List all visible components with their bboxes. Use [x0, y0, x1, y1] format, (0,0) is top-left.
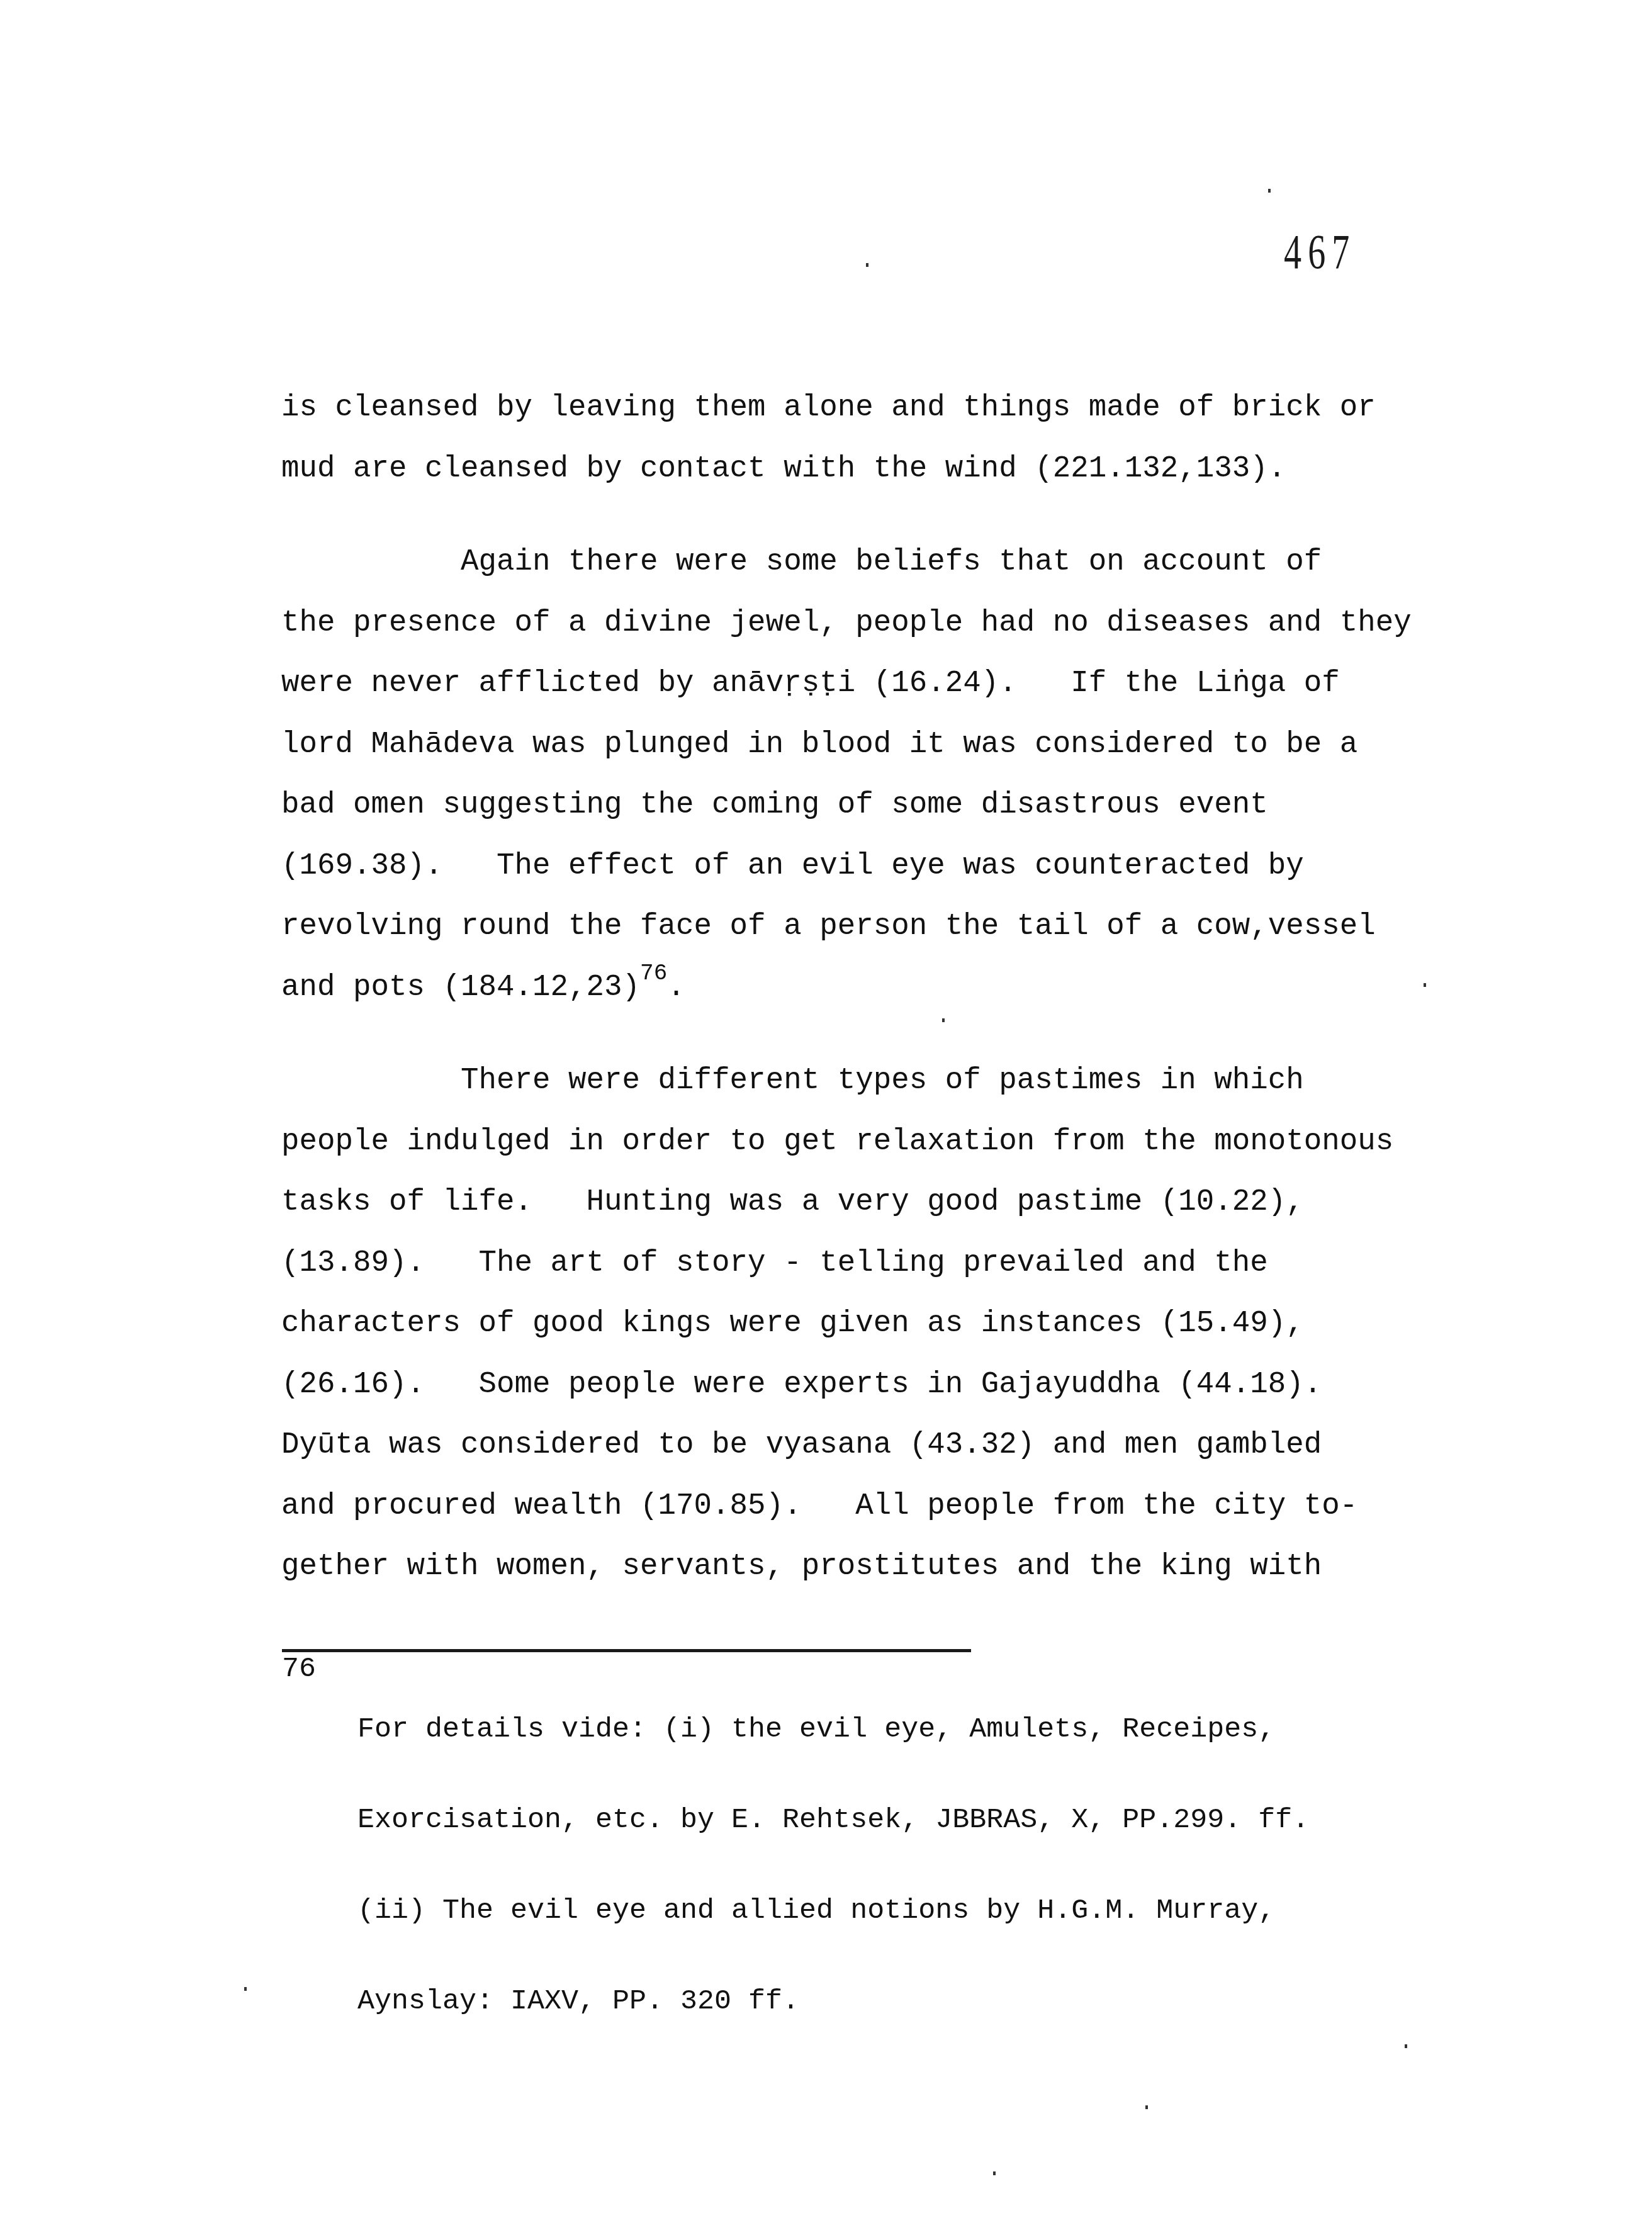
scan-speck — [993, 2171, 996, 2175]
text-line: the presence of a divine jewel, people h… — [281, 593, 1477, 654]
text-line: mud are cleansed by contact with the win… — [281, 439, 1477, 500]
scan-speck — [244, 1987, 247, 1991]
paragraph: There were different types of pastimes i… — [281, 1050, 1477, 1597]
paragraph: Again there were some beliefs that on ac… — [281, 532, 1477, 1018]
text-line: Again there were some beliefs that on ac… — [281, 532, 1477, 593]
text-line: There were different types of pastimes i… — [281, 1050, 1477, 1112]
paragraph: is cleansed by leaving them alone and th… — [281, 378, 1477, 499]
scan-speck — [1405, 2044, 1407, 2048]
text-line: is cleansed by leaving them alone and th… — [281, 378, 1477, 439]
footnote-line: (ii) The evil eye and allied notions by … — [357, 1896, 1309, 1926]
text-line: revolving round the face of a person the… — [281, 896, 1477, 957]
text-line: lord Mahādeva was plunged in blood it wa… — [281, 714, 1477, 775]
text-line: Dyūta was considered to be vyasana (43.3… — [281, 1415, 1477, 1476]
page-number: 467 — [1284, 223, 1356, 280]
footnote-item: 76 For details vide: (i) the evil eye, A… — [282, 1654, 1309, 2077]
text-line: were never afflicted by anāvṛṣṭi (16.24)… — [281, 653, 1477, 714]
scan-speck — [942, 1018, 945, 1022]
footnote-divider — [282, 1649, 971, 1652]
body-text: is cleansed by leaving them alone and th… — [281, 378, 1477, 1597]
text-line: gether with women, servants, prostitutes… — [281, 1536, 1477, 1597]
text-line: (169.38). The effect of an evil eye was … — [281, 836, 1477, 897]
text-line: (26.16). Some people were experts in Gaj… — [281, 1354, 1477, 1416]
footnote: 76 For details vide: (i) the evil eye, A… — [282, 1654, 1309, 2077]
footnote-reference[interactable]: 76 — [640, 960, 667, 986]
text-line: and procured wealth (170.85). All people… — [281, 1476, 1477, 1537]
scan-speck — [1268, 189, 1271, 193]
footnote-text: For details vide: (i) the evil eye, Amul… — [357, 1654, 1309, 2077]
text-span: and pots (184.12,23) — [281, 971, 640, 1005]
scan-speck — [866, 263, 868, 267]
text-line: characters of good kings were given as i… — [281, 1293, 1477, 1354]
footnote-line: For details vide: (i) the evil eye, Amul… — [357, 1715, 1309, 1745]
scan-speck — [1145, 2105, 1148, 2109]
footnote-number: 76 — [282, 1654, 357, 2077]
footnote-line: Aynslay: IAXV, PP. 320 ff. — [357, 1986, 1309, 2017]
text-line: bad omen suggesting the coming of some d… — [281, 775, 1477, 836]
footnote-line: Exorcisation, etc. by E. Rehtsek, JBBRAS… — [357, 1805, 1309, 1835]
text-line: tasks of life. Hunting was a very good p… — [281, 1172, 1477, 1233]
text-line: people indulged in order to get relaxati… — [281, 1112, 1477, 1173]
scan-speck — [1424, 983, 1426, 987]
text-line: and pots (184.12,23)76. — [281, 957, 1477, 1018]
text-line: (13.89). The art of story - telling prev… — [281, 1233, 1477, 1294]
text-span: . — [667, 971, 685, 1005]
